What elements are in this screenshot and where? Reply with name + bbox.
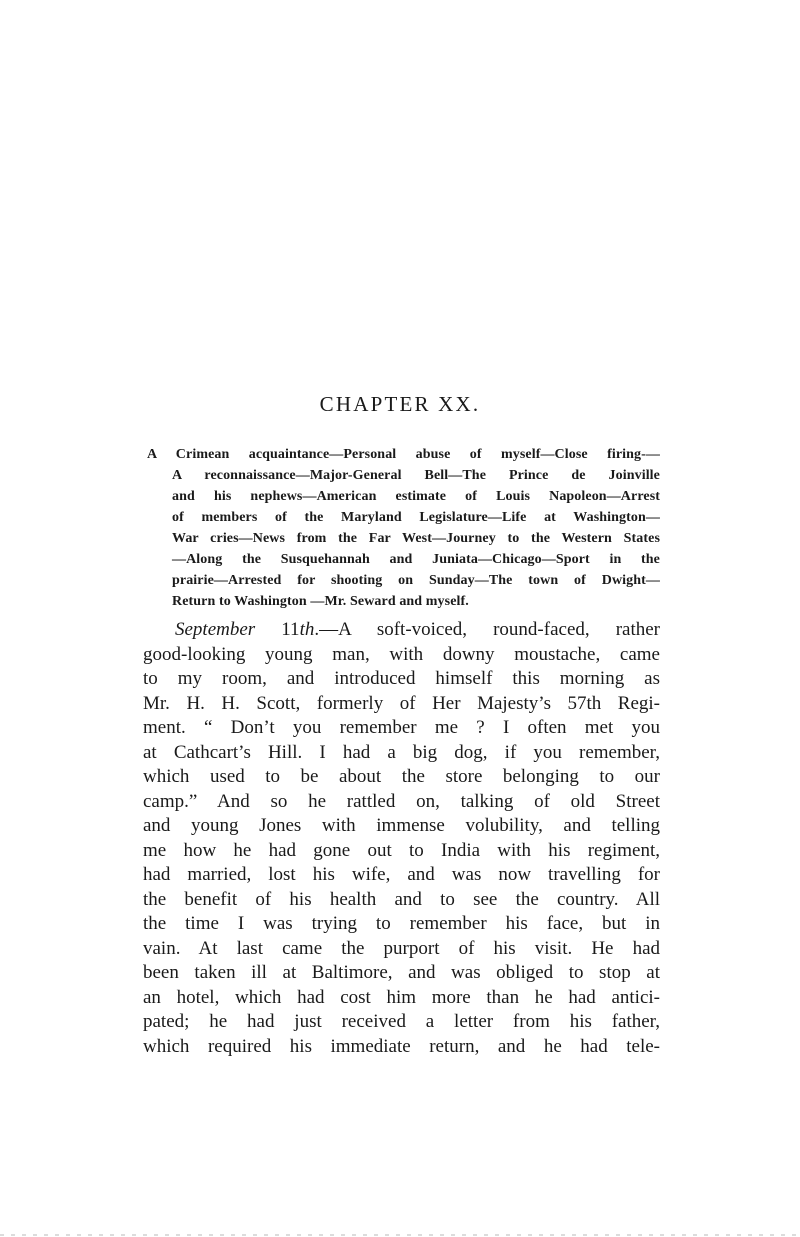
summary-line: A Crimean acquaintance—Personal abuse of… bbox=[147, 444, 660, 465]
body-line: camp.” And so he rattled on, talking of … bbox=[143, 790, 660, 815]
summary-line: War cries—News from the Far West—Journey… bbox=[172, 528, 660, 549]
date-roman-text: 11 bbox=[255, 619, 299, 640]
body-line: the benefit of his health and to see the… bbox=[143, 888, 660, 913]
body-line: at Cathcart’s Hill. I had a big dog, if … bbox=[143, 741, 660, 766]
chapter-heading: CHAPTER XX. bbox=[0, 393, 800, 416]
body-line: good-looking young man, with downy moust… bbox=[143, 643, 660, 668]
summary-line: and his nephews—American estimate of Lou… bbox=[172, 486, 660, 507]
body-paragraph: September 11th.—A soft-voiced, round-fac… bbox=[143, 618, 660, 1059]
body-line: been taken ill at Baltimore, and was obl… bbox=[143, 961, 660, 986]
body-line: ment. “ Don’t you remember me ? I often … bbox=[143, 716, 660, 741]
body-line: Mr. H. H. Scott, formerly of Her Majesty… bbox=[143, 692, 660, 717]
book-page: CHAPTER XX. A Crimean acquaintance—Perso… bbox=[0, 0, 800, 1237]
body-line: pated; he had just received a letter fro… bbox=[143, 1010, 660, 1035]
body-line: and young Jones with immense volubility,… bbox=[143, 814, 660, 839]
body-line: the time I was trying to remember his fa… bbox=[143, 912, 660, 937]
body-line: an hotel, which had cost him more than h… bbox=[143, 986, 660, 1011]
body-line: vain. At last came the purport of his vi… bbox=[143, 937, 660, 962]
body-line: which required his immediate return, and… bbox=[143, 1035, 660, 1060]
summary-line: prairie—Arrested for shooting on Sunday—… bbox=[172, 570, 660, 591]
scan-edge-artifact bbox=[0, 1234, 800, 1236]
body-line-first-rest: .—A soft-voiced, round-faced, rather bbox=[314, 619, 660, 640]
date-ordinal-text: th bbox=[300, 619, 315, 640]
summary-line: Return to Washington —Mr. Seward and mys… bbox=[172, 591, 660, 612]
date-italic-text: September bbox=[175, 619, 255, 640]
summary-line: —Along the Susquehannah and Juniata—Chic… bbox=[172, 549, 660, 570]
body-line: me how he had gone out to India with his… bbox=[143, 839, 660, 864]
body-line: to my room, and introduced himself this … bbox=[143, 667, 660, 692]
summary-line: of members of the Maryland Legislature—L… bbox=[172, 507, 660, 528]
summary-line: A reconnaissance—Major-General Bell—The … bbox=[172, 465, 660, 486]
body-line-first: September 11th.—A soft-voiced, round-fac… bbox=[143, 618, 660, 643]
body-line: which used to be about the store belongi… bbox=[143, 765, 660, 790]
chapter-summary: A Crimean acquaintance—Personal abuse of… bbox=[147, 444, 660, 612]
body-line: had married, lost his wife, and was now … bbox=[143, 863, 660, 888]
